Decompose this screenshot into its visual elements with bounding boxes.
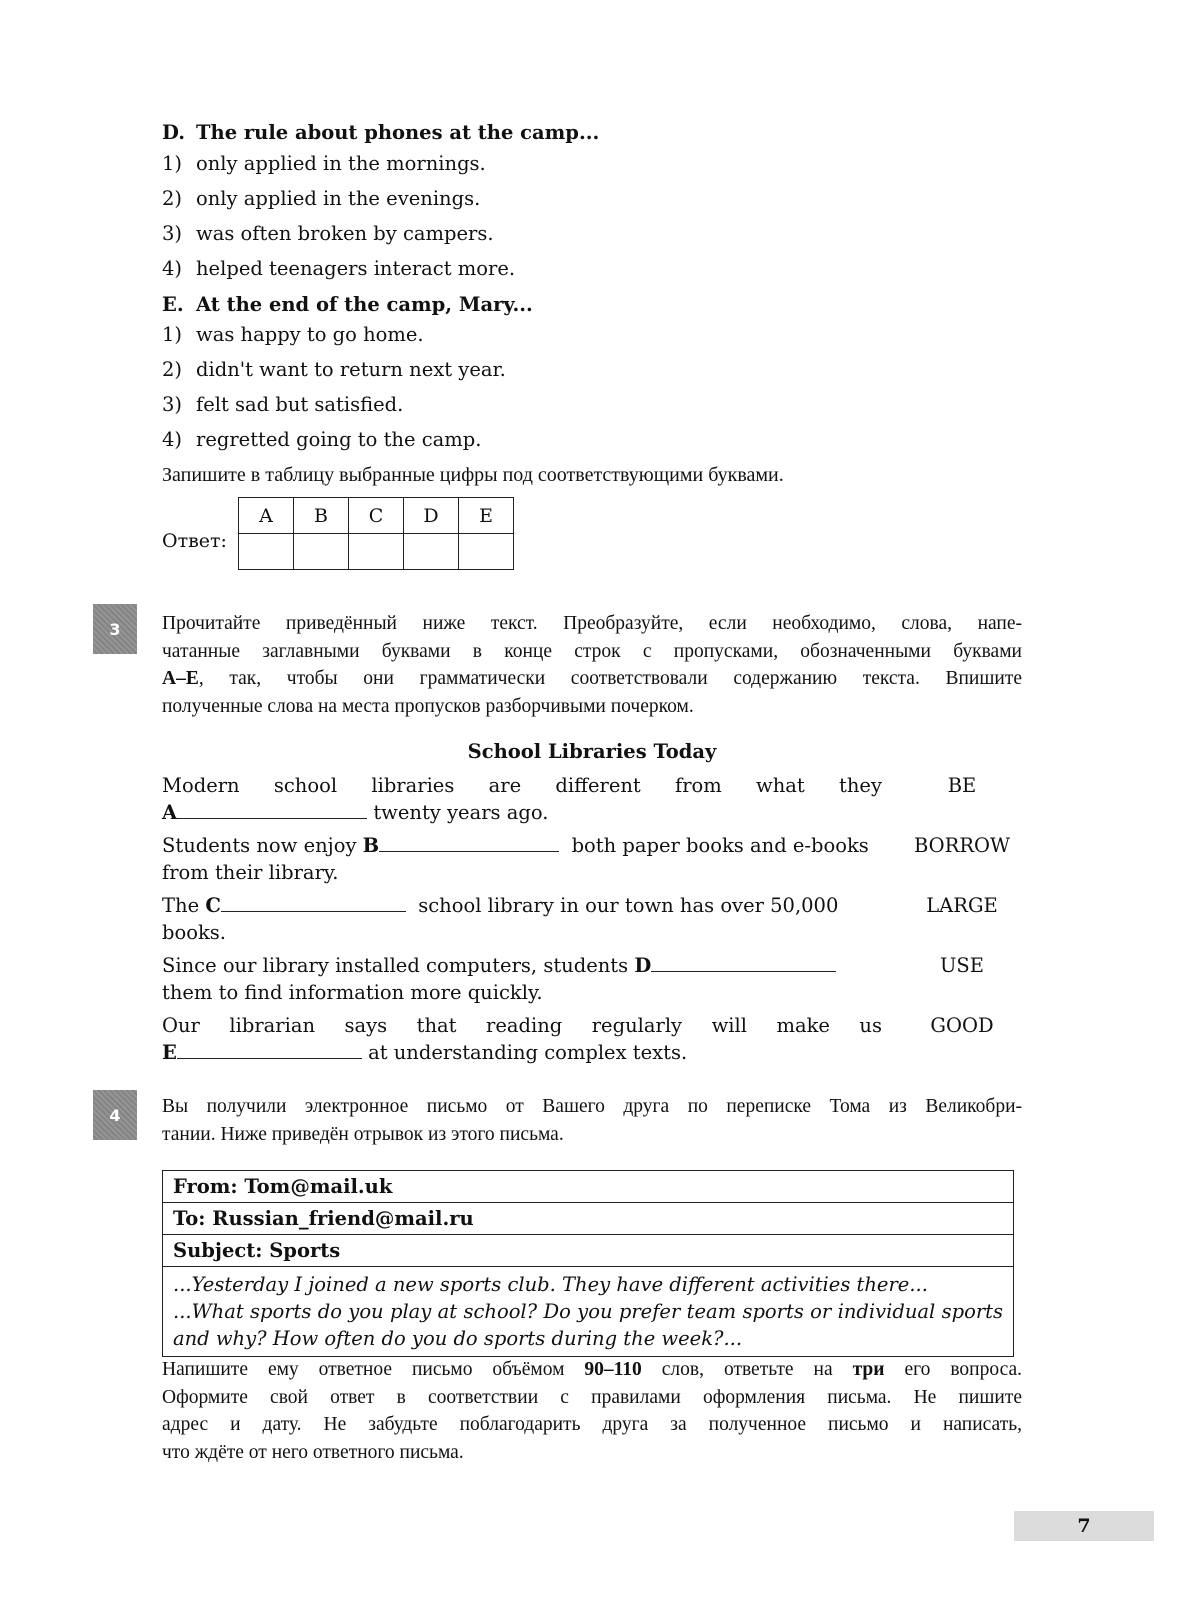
- gap-text: Since our library installed computers, s…: [162, 954, 628, 977]
- gap-text: from their library.: [162, 861, 339, 884]
- instruction-line: А–Е, так, чтобы они грамматически соотве…: [162, 665, 1022, 693]
- answer-column-header: D: [404, 498, 459, 534]
- email-body-line: ...What sports do you play at school? Do…: [173, 1298, 1003, 1325]
- question-letter: D.: [162, 121, 196, 145]
- gap-b-blank[interactable]: [379, 833, 559, 852]
- gap-row-b: Students now enjoy B both paper books an…: [162, 832, 1032, 886]
- question-d-option-3: 3)was often broken by campers.: [162, 222, 494, 246]
- option-text: regretted going to the camp.: [196, 428, 481, 451]
- gap-text: Modern school libraries are different fr…: [162, 772, 882, 799]
- instruction-line: адрес и дату. Не забудьте поблагодарить …: [162, 1411, 1022, 1439]
- intro-line: Вы получили электронное письмо от Вашего…: [162, 1093, 1022, 1121]
- keyword: GOOD: [892, 1012, 1032, 1039]
- instruction-line: что ждёте от него ответного письма.: [162, 1439, 1022, 1467]
- gap-c-blank[interactable]: [221, 893, 406, 912]
- option-number: 2): [162, 187, 196, 211]
- keyword: LARGE: [892, 892, 1032, 919]
- answer-column-header: A: [239, 498, 294, 534]
- text: слов, ответьте на: [642, 1359, 853, 1380]
- gap-text: both paper books and e-books: [572, 834, 869, 857]
- email-from: From: Tom@mail.uk: [163, 1171, 1013, 1203]
- gap-letter: D: [634, 954, 651, 977]
- answer-column-header: C: [349, 498, 404, 534]
- answer-cell-a[interactable]: [239, 534, 294, 570]
- gap-row-c: The C school library in our town has ove…: [162, 892, 1032, 946]
- gap-letter: C: [205, 894, 221, 917]
- task3-instruction: Прочитайте приведённый ниже текст. Преоб…: [162, 610, 1022, 720]
- exam-page: D.The rule about phones at the camp... 1…: [0, 0, 1200, 1600]
- gap-letter: E: [162, 1041, 177, 1064]
- option-text: helped teenagers interact more.: [196, 257, 515, 280]
- answer-table: A B C D E: [238, 497, 514, 570]
- option-text: was often broken by campers.: [196, 222, 494, 245]
- option-number: 3): [162, 222, 196, 246]
- option-text: was happy to go home.: [196, 323, 424, 346]
- keyword: USE: [892, 952, 1032, 979]
- question-count: три: [853, 1359, 885, 1380]
- question-d-option-4: 4)helped teenagers interact more.: [162, 257, 515, 281]
- option-text: only applied in the mornings.: [196, 152, 486, 175]
- gap-text: books.: [162, 921, 226, 944]
- gap-row-e: Our librarian says that reading regularl…: [162, 1012, 1032, 1066]
- question-e-option-2: 2)didn't want to return next year.: [162, 358, 506, 382]
- instruction-line: Напишите ему ответное письмо объёмом 90–…: [162, 1356, 1022, 1384]
- gap-row-a: Modern school libraries are different fr…: [162, 772, 1032, 826]
- question-e-option-1: 1)was happy to go home.: [162, 323, 424, 347]
- gap-e-blank[interactable]: [177, 1040, 362, 1059]
- gap-letter: B: [363, 834, 379, 857]
- question-e-option-4: 4)regretted going to the camp.: [162, 428, 481, 452]
- gap-letter: A: [162, 801, 177, 824]
- task4-intro: Вы получили электронное письмо от Вашего…: [162, 1093, 1022, 1148]
- word-count: 90–110: [584, 1359, 641, 1380]
- option-number: 4): [162, 257, 196, 281]
- intro-line: тании. Ниже приведён отрывок из этого пи…: [162, 1121, 1022, 1149]
- task-number-badge: 3: [93, 604, 137, 654]
- text: его вопроса.: [884, 1359, 1022, 1380]
- option-text: only applied in the evenings.: [196, 187, 480, 210]
- question-d-option-1: 1)only applied in the mornings.: [162, 152, 486, 176]
- instruction-line: Прочитайте приведённый ниже текст. Преоб…: [162, 610, 1022, 638]
- email-body-line: ...Yesterday I joined a new sports club.…: [173, 1273, 928, 1296]
- text-title: School Libraries Today: [162, 740, 1022, 763]
- email-body-line: and why? How often do you do sports duri…: [173, 1327, 742, 1350]
- answer-cell-b[interactable]: [294, 534, 349, 570]
- instruction-line: полученные слова на места пропусков разб…: [162, 693, 1022, 721]
- instruction-line: Оформите свой ответ в соответствии с пра…: [162, 1384, 1022, 1412]
- option-number: 1): [162, 323, 196, 347]
- gap-text: school library in our town has over 50,0…: [418, 894, 838, 917]
- task4-instructions: Напишите ему ответное письмо объёмом 90–…: [162, 1356, 1022, 1466]
- answer-instruction: Запишите в таблицу выбранные цифры под с…: [162, 463, 784, 487]
- page-number: 7: [1014, 1511, 1154, 1541]
- gap-text: twenty years ago.: [373, 801, 548, 824]
- option-number: 2): [162, 358, 196, 382]
- answer-cell-e[interactable]: [459, 534, 514, 570]
- task-number-badge: 4: [93, 1090, 137, 1140]
- instruction-line: чатанные заглавными буквами в конце стро…: [162, 638, 1022, 666]
- answer-cell-c[interactable]: [349, 534, 404, 570]
- option-number: 4): [162, 428, 196, 452]
- gap-text: The: [162, 894, 199, 917]
- question-e-option-3: 3)felt sad but satisfied.: [162, 393, 403, 417]
- answer-column-header: E: [459, 498, 514, 534]
- question-text: The rule about phones at the camp...: [196, 121, 599, 144]
- gap-row-d: Since our library installed computers, s…: [162, 952, 1032, 1006]
- question-d-option-2: 2)only applied in the evenings.: [162, 187, 480, 211]
- email-subject: Subject: Sports: [163, 1235, 1013, 1267]
- option-number: 3): [162, 393, 196, 417]
- answer-label: Ответ:: [162, 530, 227, 552]
- question-text: At the end of the camp, Mary...: [196, 293, 533, 316]
- question-letter: E.: [162, 293, 196, 317]
- keyword: BORROW: [892, 832, 1032, 859]
- gap-a-blank[interactable]: [177, 800, 367, 819]
- option-number: 1): [162, 152, 196, 176]
- gap-text: them to find information more quickly.: [162, 981, 543, 1004]
- question-e-stem: E.At the end of the camp, Mary...: [162, 293, 533, 317]
- gap-text: Students now enjoy: [162, 834, 356, 857]
- email-to: To: Russian_friend@mail.ru: [163, 1203, 1013, 1235]
- gap-d-blank[interactable]: [651, 953, 836, 972]
- option-text: felt sad but satisfied.: [196, 393, 403, 416]
- gap-text: Our librarian says that reading regularl…: [162, 1012, 882, 1039]
- answer-cell-d[interactable]: [404, 534, 459, 570]
- gap-range: А–Е: [162, 668, 199, 689]
- keyword: BE: [892, 772, 1032, 799]
- option-text: didn't want to return next year.: [196, 358, 506, 381]
- email-body: ...Yesterday I joined a new sports club.…: [163, 1267, 1013, 1356]
- text: Напишите ему ответное письмо объёмом: [162, 1359, 584, 1380]
- gap-text: at understanding complex texts.: [368, 1041, 687, 1064]
- question-d-stem: D.The rule about phones at the camp...: [162, 121, 599, 145]
- email-excerpt: From: Tom@mail.uk To: Russian_friend@mai…: [162, 1170, 1014, 1357]
- answer-column-header: B: [294, 498, 349, 534]
